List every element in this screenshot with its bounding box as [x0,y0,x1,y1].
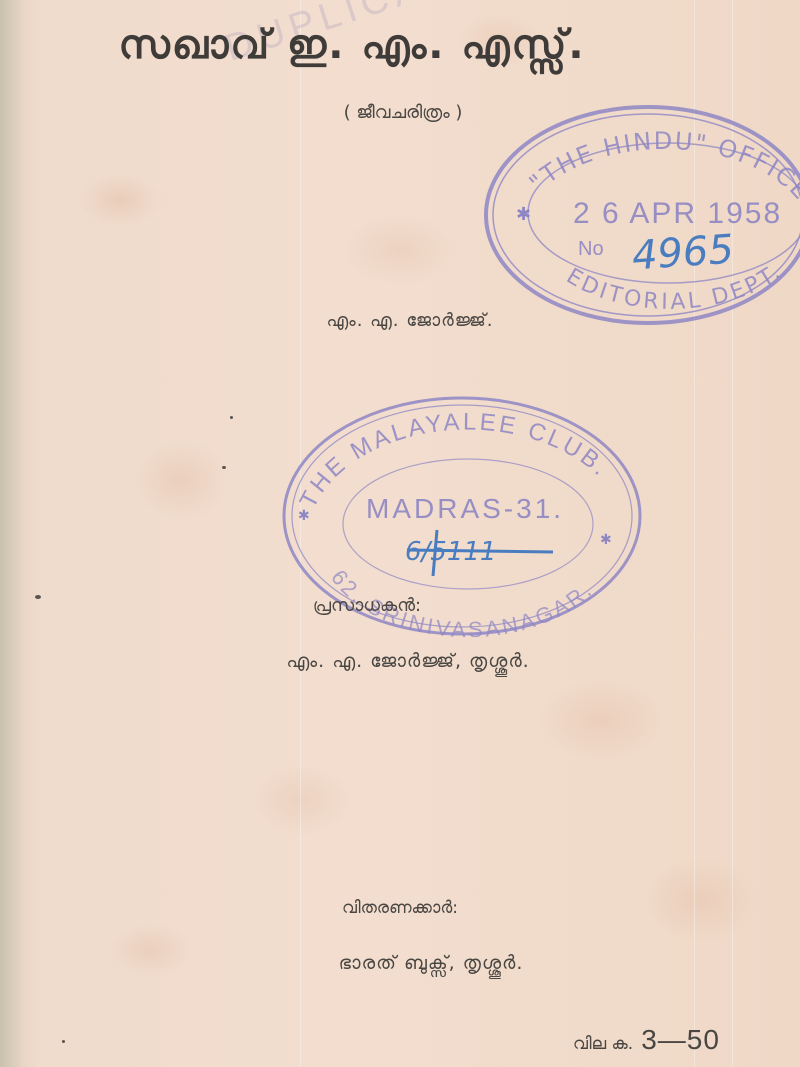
price-label: വില ക. [573,1034,633,1054]
star-icon: ✱ [600,532,612,548]
book-subtitle: ( ജീവചരിത്രം ) [344,102,463,123]
hindu-stamp-date: 2 6 APR 1958 [573,197,782,230]
scanned-page: DUPLICATE COPY സഖാവ് ഇ. എം. എസ്സ്. ( ജീവ… [0,0,800,1067]
price-value: 3—50 [641,1024,720,1056]
club-stamp-center-text: MADRAS-31. [366,493,564,524]
hindu-stamp-number-label: No [578,238,604,260]
ink-speck [222,466,226,469]
price: വില ക. 3—50 [573,1024,720,1056]
ink-speck [62,1040,65,1043]
star-icon: ✱ [516,204,531,225]
distributor-name: ഭാരത് ബുക്സ്, തൃശ്ശൂർ. [339,952,524,974]
handwritten-receipt-number: 4965 [631,227,736,280]
book-author: എം. എ. ജോർജ്ജ്. [327,310,494,331]
book-title: സഖാവ് ഇ. എം. എസ്സ്. [118,22,585,68]
star-icon: ✱ [298,508,310,524]
distributor-label: വിതരണക്കാർ: [342,898,458,918]
handwritten-struck-number: 6/5111 [405,528,555,578]
ink-speck [230,416,233,419]
publisher-name: എം. എ. ജോർജ്ജ്, തൃശ്ശൂർ. [286,650,529,672]
ink-speck [35,595,41,599]
svg-text:"THE HINDU" OFFICE: "THE HINDU" OFFICE [524,127,800,206]
hindu-stamp-top-text: "THE HINDU" OFFICE [524,127,800,206]
hindu-office-stamp: "THE HINDU" OFFICE EDITORIAL DEPT. ✱ 2 6… [478,95,800,335]
publisher-label: പ്രസാധകൻ: [313,595,421,616]
